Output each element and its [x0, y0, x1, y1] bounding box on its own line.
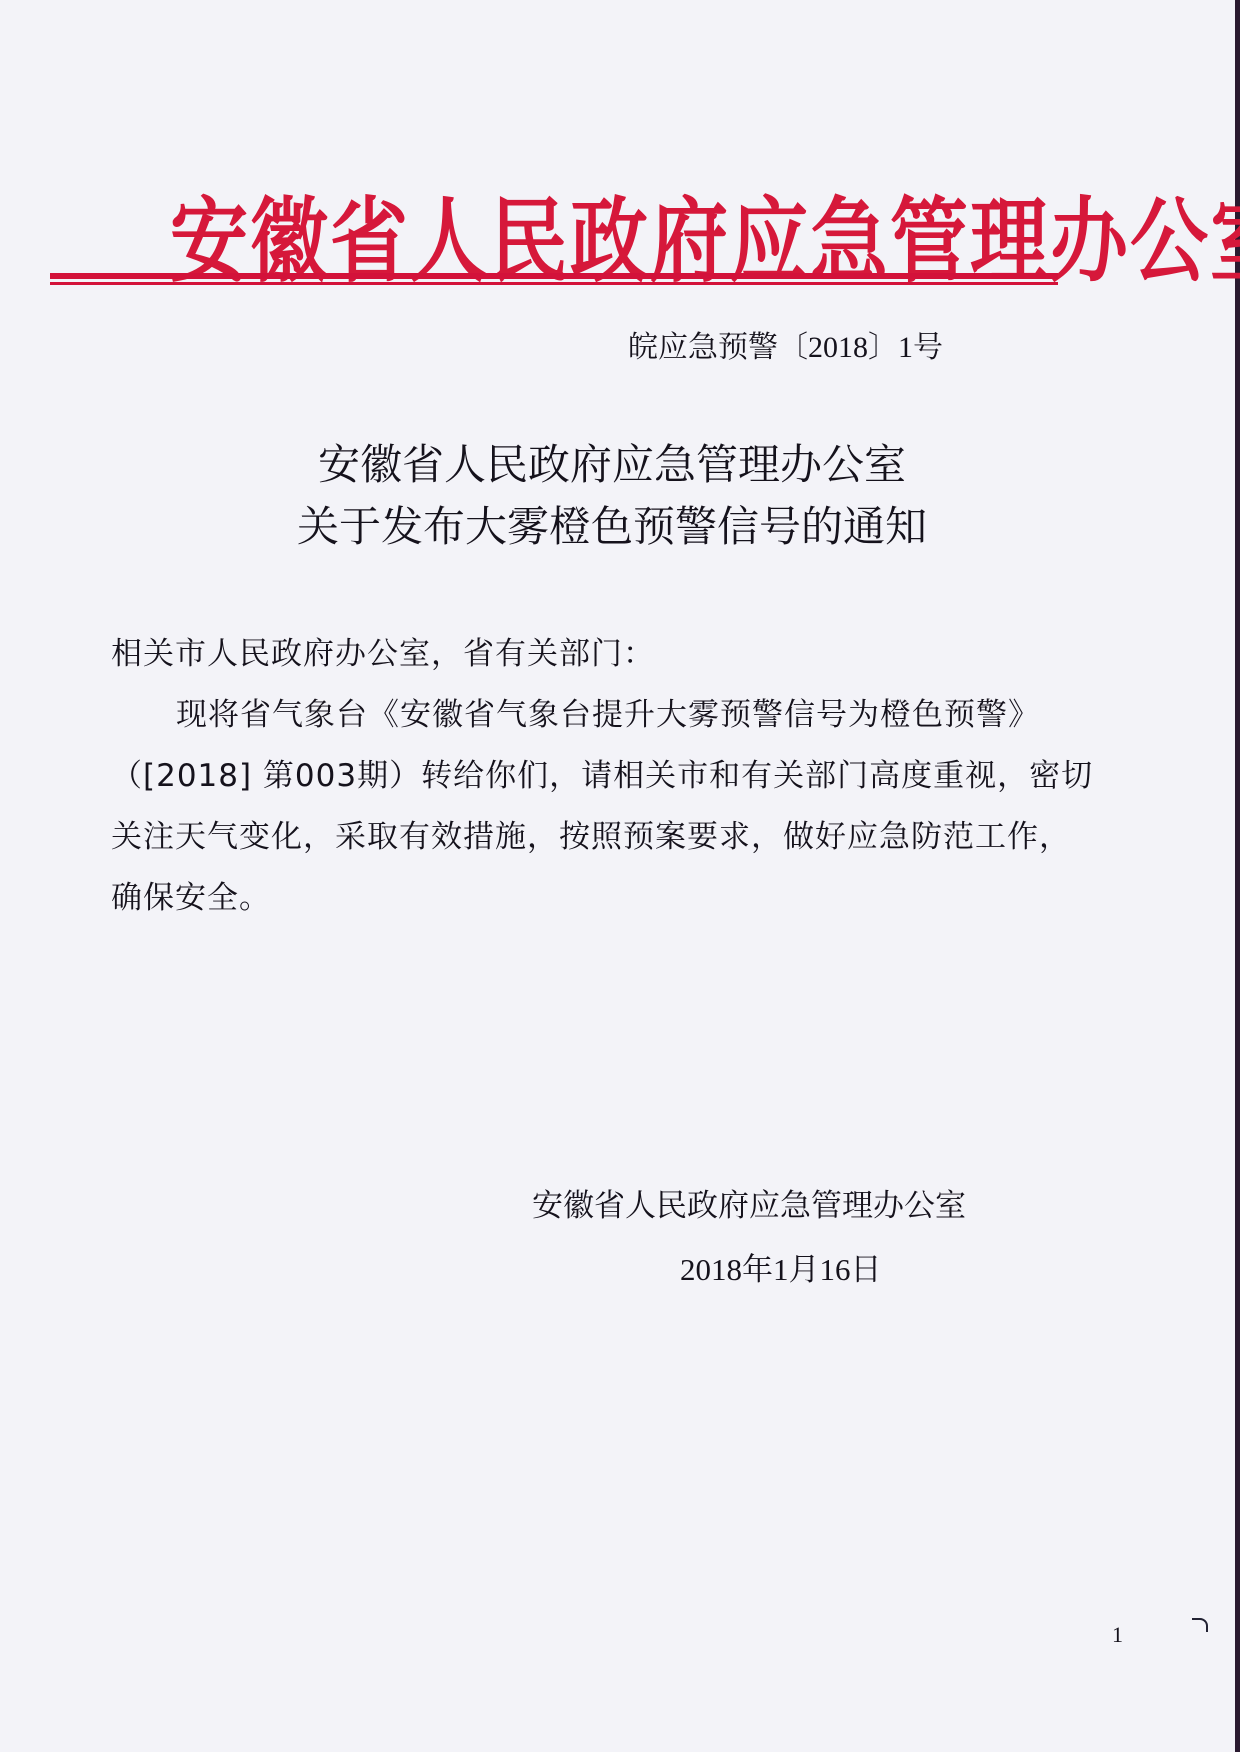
- body-line: 确保安全。: [111, 872, 271, 917]
- document-title-line1: 安徽省人民政府应急管理办公室: [0, 432, 1232, 492]
- letterhead-title: 安徽省人民政府应急管理办公室: [170, 168, 1060, 300]
- letterhead-rule-thin: [50, 282, 1058, 285]
- page-number: 1: [1112, 1622, 1123, 1648]
- scan-mark-icon: [1192, 1618, 1208, 1632]
- body-line: （[2018] 第003期）转给你们，请相关市和有关部门高度重视，密切: [111, 750, 1093, 795]
- body-line: 关注天气变化，采取有效措施，按照预案要求，做好应急防范工作，: [111, 811, 1071, 856]
- document-number: 皖应急预警〔2018〕1号: [628, 322, 943, 366]
- signature-organization: 安徽省人民政府应急管理办公室: [532, 1180, 966, 1225]
- signature-date: 2018年1月16日: [680, 1244, 882, 1289]
- document-title-line2: 关于发布大雾橙色预警信号的通知: [0, 494, 1232, 554]
- letterhead-rule-thick: [50, 273, 1058, 279]
- salutation: 相关市人民政府办公室，省有关部门：: [111, 628, 655, 673]
- body-line: 现将省气象台《安徽省气象台提升大雾预警信号为橙色预警》: [176, 689, 1040, 734]
